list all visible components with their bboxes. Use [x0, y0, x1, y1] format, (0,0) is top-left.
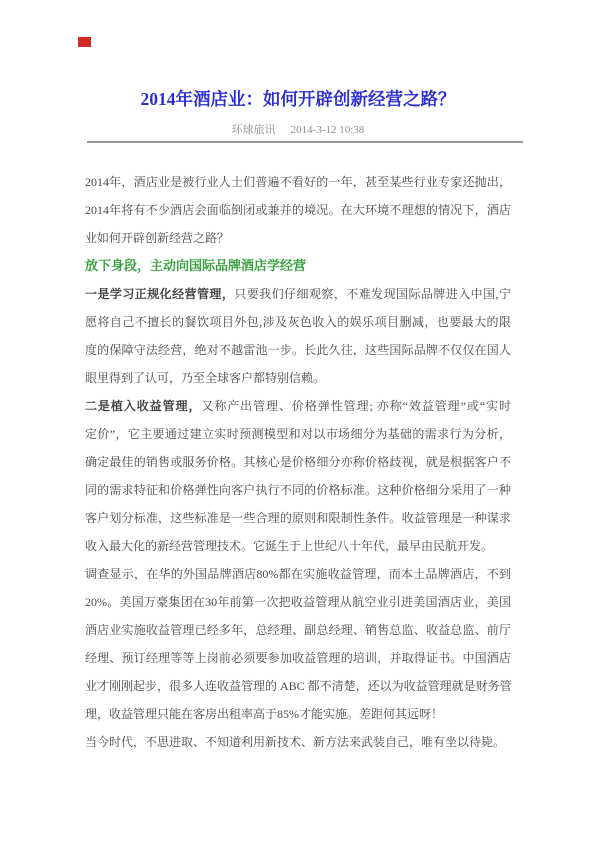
publish-datetime: 2014-3-12 10:38 — [291, 124, 365, 136]
horizontal-divider — [87, 141, 523, 143]
text-run: 只要我们仔细观察，不难发现国际品牌进入中国,宁 — [234, 287, 511, 301]
text-line: 眼里得到了认可，乃至全球客户都特别信赖。 — [85, 364, 511, 392]
text-line: 2014年，酒店业是被行业人士们普遍不看好的一年，甚至某些行业专家还抛出， — [85, 168, 511, 196]
text-line: 业如何开辟创新经营之路？ — [85, 224, 511, 252]
article-title: 2014年酒店业：如何开辟创新经营之路？ — [85, 87, 511, 111]
text-line: 调查显示，在华的外国品牌酒店80%都在实施收益管理，而本土品牌酒店，不到 — [85, 560, 511, 588]
text-line: 2014年将有不少酒店会面临倒闭或兼并的境况。在大环境不理想的情况下，酒店 — [85, 196, 511, 224]
text-line: 酒店业实施收益管理已经多年，总经理、副总经理、销售总监、收益总监、前厅 — [85, 616, 511, 644]
text-line: 业才刚刚起步，很多人连收益管理的 ABC 都不清楚，还以为收益管理就是财务管 — [85, 672, 511, 700]
text-line: 客户划分标准，这些标准是一些合理的原则和限制性条件。收益管理是一种谋求 — [85, 504, 511, 532]
text-line: 同的需求特征和价格弹性向客户执行不同的价格标准。这种价格细分采用了一种 — [85, 476, 511, 504]
text-line: 愿将自己不擅长的餐饮项目外包,涉及灰色收入的娱乐项目删减，也要最大的限 — [85, 308, 511, 336]
text-line: 收入最大化的新经营管理技术。它诞生于上世纪八十年代，最早由民航开发。 — [85, 532, 511, 560]
text-line: 20%。美国万豪集团在30年前第一次把收益管理从航空业引进美国酒店业，美国 — [85, 588, 511, 616]
text-line: 确定最佳的销售或服务价格。其核心是价格细分亦称价格歧视，就是根据客户不 — [85, 448, 511, 476]
text-line: 度的保障守法经营，绝对不越雷池一步。长此久往，这些国际品牌不仅仅在国人 — [85, 336, 511, 364]
document-page: 2014年酒店业：如何开辟创新经营之路？ 环球旅讯2014-3-12 10:38… — [0, 0, 595, 842]
text-line: 经理、预订经理等等上岗前必须要参加收益管理的培训，并取得证书。中国酒店 — [85, 644, 511, 672]
text-line: 二是植入收益管理，又称产出管理、价格弹性管理; 亦称“效益管理”或“实时 — [85, 392, 511, 420]
text-line: 当今时代，不思进取、不知道利用新技术、新方法来武装自己，唯有坐以待毙。 — [85, 728, 511, 756]
text-line: 定价”，它主要通过建立实时预测模型和对以市场细分为基础的需求行为分析， — [85, 420, 511, 448]
section-heading: 放下身段，主动向国际品牌酒店学经营 — [85, 252, 511, 280]
paragraph-lead: 一是学习正规化经营管理， — [85, 287, 234, 301]
missing-image-placeholder — [78, 37, 91, 47]
text-run: 又称产出管理、价格弹性管理; 亦称“效益管理”或“实时 — [201, 399, 511, 413]
text-line: 一是学习正规化经营管理，只要我们仔细观察，不难发现国际品牌进入中国,宁 — [85, 280, 511, 308]
text-line: 理，收益管理只能在客房出租率高于85%才能实施。差距何其远呀！ — [85, 700, 511, 728]
article-body: 2014年，酒店业是被行业人士们普遍不看好的一年，甚至某些行业专家还抛出， 20… — [85, 168, 511, 756]
paragraph-lead: 二是植入收益管理， — [85, 399, 201, 413]
source-name: 环球旅讯 — [232, 124, 276, 136]
byline: 环球旅讯2014-3-12 10:38 — [85, 123, 511, 137]
